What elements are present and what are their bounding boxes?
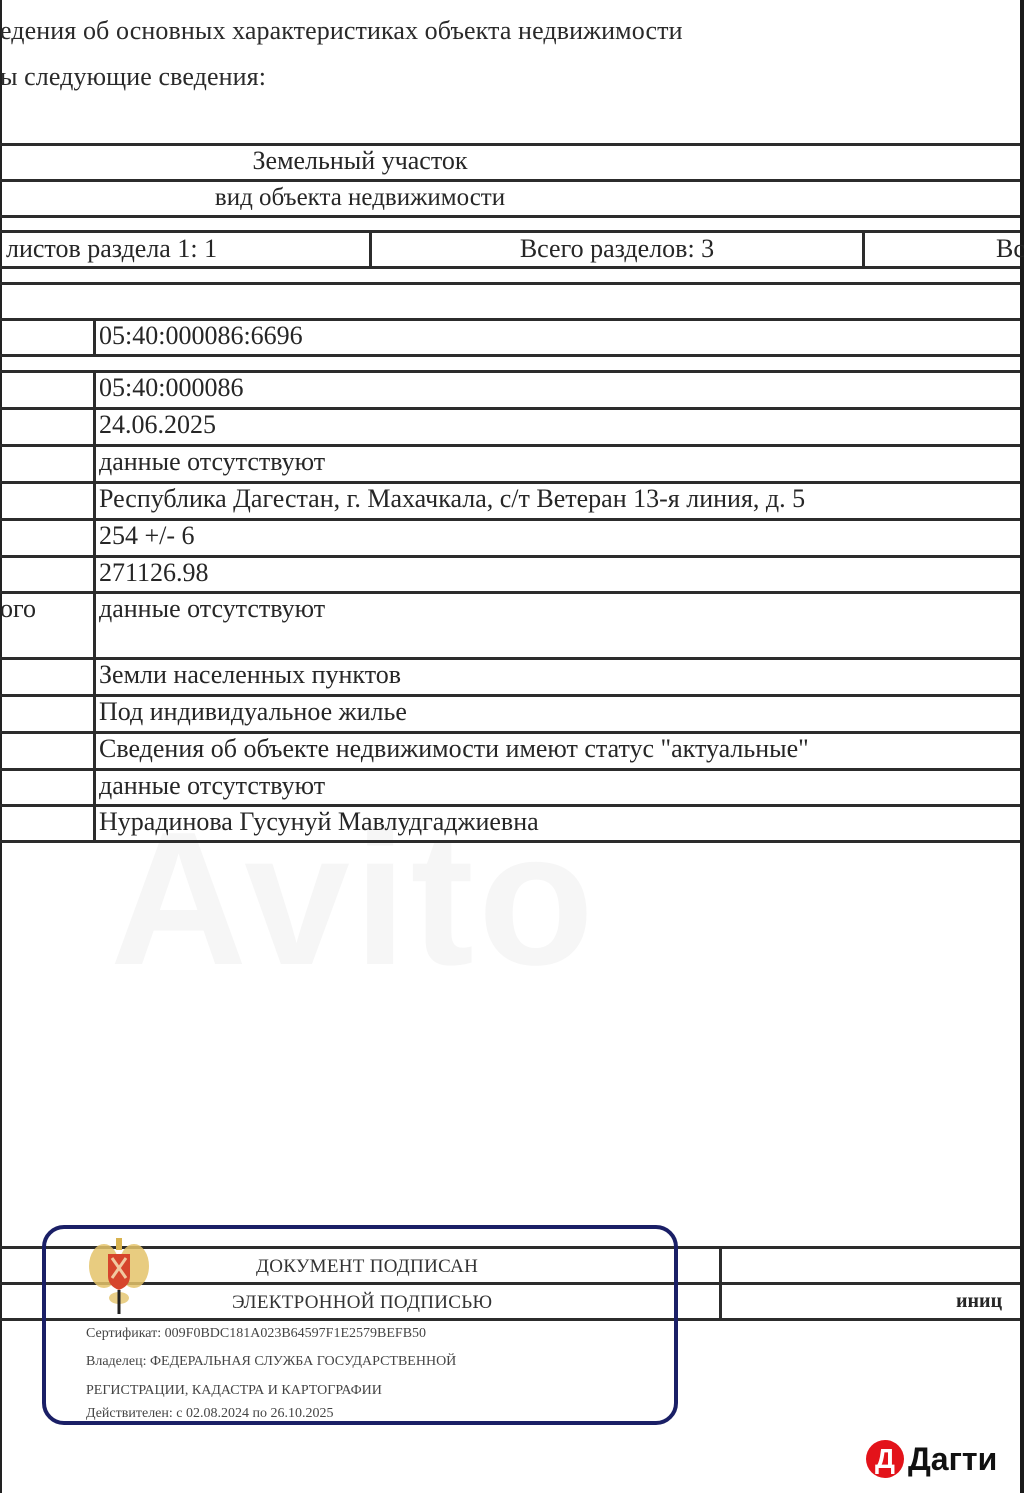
row-value: 271126.98 <box>99 558 209 588</box>
stamp-certificate: Сертификат: 009F0BDC181A023B64597F1E2579… <box>86 1326 426 1342</box>
table-divider <box>93 370 96 409</box>
table-divider <box>93 694 96 733</box>
table-divider <box>719 1246 722 1321</box>
table-divider <box>93 444 96 483</box>
row-value: 05:40:000086 <box>99 373 243 403</box>
document-heading: едения об основных характеристиках объек… <box>0 16 683 46</box>
dagti-logo: Д Дагти <box>866 1440 997 1478</box>
row-label: ого <box>0 594 36 624</box>
stamp-validity: Действителен: с 02.08.2024 по 26.10.2025 <box>86 1406 333 1422</box>
row-value: 254 +/- 6 <box>99 521 195 551</box>
table-divider <box>93 407 96 446</box>
stamp-title-line1: ДОКУМЕНТ ПОДПИСАН <box>256 1256 478 1278</box>
stamp-owner-line1: Владелец: ФЕДЕРАЛЬНАЯ СЛУЖБА ГОСУДАРСТВЕ… <box>86 1354 456 1370</box>
table-border <box>0 282 1020 285</box>
russian-coat-of-arms-icon <box>84 1234 154 1314</box>
table-divider <box>93 731 96 770</box>
table-divider <box>862 230 865 268</box>
table-divider <box>93 804 96 842</box>
table-border <box>0 840 1020 843</box>
table-divider <box>93 518 96 557</box>
table-divider <box>93 591 96 659</box>
dagti-badge-icon: Д <box>866 1440 904 1478</box>
row-value: Под индивидуальное жилье <box>99 697 407 727</box>
row-value: данные отсутствуют <box>99 594 325 624</box>
row-value: 24.06.2025 <box>99 410 216 440</box>
table-border <box>0 354 1020 357</box>
object-type-value: Земельный участок <box>0 146 720 176</box>
table-divider <box>93 768 96 806</box>
stamp-owner-line2: РЕГИСТРАЦИИ, КАДАСТРА И КАРТОГРАФИИ <box>86 1383 382 1399</box>
table-divider <box>93 318 96 356</box>
row-value: данные отсутствуют <box>99 447 325 477</box>
footer-truncated-text: иниц <box>956 1290 1002 1313</box>
table-border <box>0 266 1020 269</box>
row-value: Республика Дагестан, г. Махачкала, с/т В… <box>99 484 805 514</box>
stamp-title-line2: ЭЛЕКТРОННОЙ ПОДПИСЬЮ <box>232 1292 492 1314</box>
sheets-in-section: листов раздела 1: 1 <box>6 234 217 264</box>
object-type-caption: вид объекта недвижимости <box>0 184 720 212</box>
document-subheading: ы следующие сведения: <box>0 62 266 92</box>
cadastral-number: 05:40:000086:6696 <box>99 321 303 351</box>
row-value: данные отсутствуют <box>99 771 325 801</box>
row-value: Сведения об объекте недвижимости имеют с… <box>99 734 809 764</box>
table-border <box>0 215 1020 218</box>
table-divider <box>93 481 96 520</box>
total-sections: Всего разделов: 3 <box>372 234 862 264</box>
table-border <box>0 230 1020 233</box>
table-divider <box>93 555 96 593</box>
page-right-edge <box>1020 0 1024 1493</box>
dagti-brand-name: Дагти <box>908 1441 997 1478</box>
table-border <box>0 179 1020 182</box>
row-value: Нурадинова Гусунуй Мавлудгаджиевна <box>99 807 539 837</box>
page-left-edge <box>0 0 2 1493</box>
row-value: Земли населенных пунктов <box>99 660 401 690</box>
table-divider <box>93 657 96 696</box>
total-sheets-truncated: Вс <box>996 234 1024 264</box>
